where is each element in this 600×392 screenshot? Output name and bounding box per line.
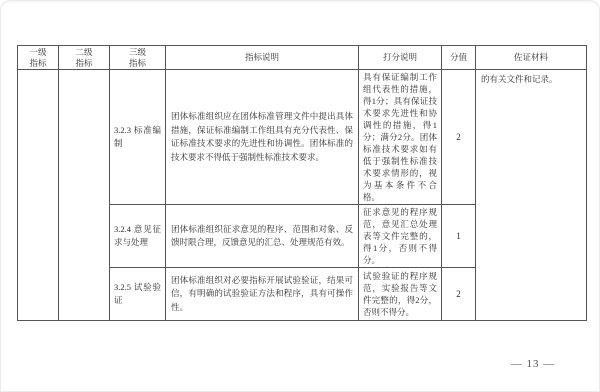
cell-level2-indicator-empty <box>59 70 110 321</box>
col-header-level3-indicator: 三级 指标 <box>110 46 166 70</box>
table-header-row: 一级 指标 二级 指标 三级 指标 指标说明 打分说明 分值 佐证材料 <box>18 46 587 70</box>
document-page: 一级 指标 二级 指标 三级 指标 指标说明 打分说明 分值 佐证材料 3.2.… <box>0 0 600 392</box>
cell-description-324: 团体标准组织征求意见的程序、范围和对象、反馈时限合理，反馈意见的汇总、处理规范有… <box>166 205 359 268</box>
cell-score-324: 1 <box>442 205 476 268</box>
cell-evidence-material: 的有关文件和记录。 <box>476 70 587 321</box>
table-row: 3.2.3 标准编制 团体标准组织应在团体标准管理文件中提出具体措施，保证标准编… <box>18 70 587 205</box>
page-number: — 13 — <box>498 358 568 370</box>
cell-indicator-325: 3.2.5 试验验证 <box>110 268 166 321</box>
cell-score-323: 2 <box>442 70 476 205</box>
col-header-score-value: 分值 <box>442 46 476 70</box>
cell-level1-indicator-empty <box>18 70 59 321</box>
cell-indicator-324: 3.2.4 意见征求与处理 <box>110 205 166 268</box>
col-header-evidence-material: 佐证材料 <box>476 46 587 70</box>
evaluation-indicator-table: 一级 指标 二级 指标 三级 指标 指标说明 打分说明 分值 佐证材料 3.2.… <box>17 45 587 321</box>
cell-scoring-324: 征求意见的程序规范，意见汇总处理表等文件完整的，得1分，否则不得分。 <box>359 205 442 268</box>
cell-description-323: 团体标准组织应在团体标准管理文件中提出具体措施，保证标准编制工作组具有充分代表性… <box>166 70 359 205</box>
cell-description-325: 团体标准组织对必要指标开展试验验证，结果可信，有明确的试验验证方法和程序，具有可… <box>166 268 359 321</box>
col-header-level1-indicator: 一级 指标 <box>18 46 59 70</box>
cell-score-325: 2 <box>442 268 476 321</box>
col-header-level2-indicator: 二级 指标 <box>59 46 110 70</box>
col-header-scoring-description: 打分说明 <box>359 46 442 70</box>
col-header-indicator-description: 指标说明 <box>166 46 359 70</box>
cell-indicator-323: 3.2.3 标准编制 <box>110 70 166 205</box>
cell-scoring-323: 具有保证编制工作组代表性的措施，得1分；具有保证技术要求先进性和协调性的措施，得… <box>359 70 442 205</box>
cell-scoring-325: 试验验证的程序规范，实验报告等文件完整的，得2分，否则不得分。 <box>359 268 442 321</box>
